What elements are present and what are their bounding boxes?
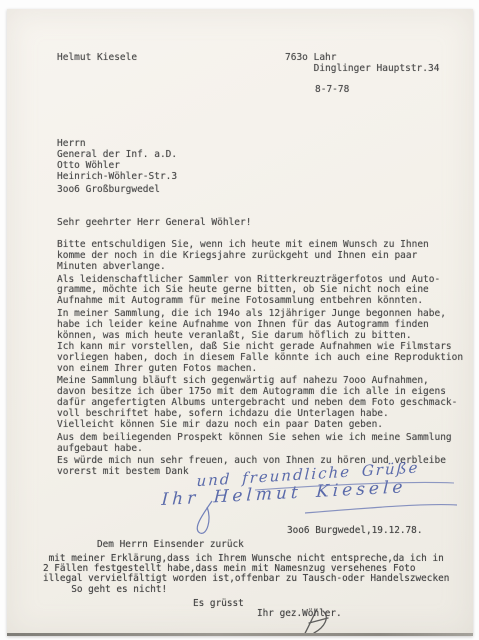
- recipient-address: Herrn General der Inf. a.D. Otto Wöhler …: [57, 139, 177, 183]
- reply-date: 3oo6 Burgwedel,19.12.78.: [287, 526, 422, 536]
- reply-body: mit meiner Erklärung,dass ich Ihrem Wuns…: [43, 554, 449, 595]
- letter-photo: { "colors": { "paper": "#f3f0e9", "typew…: [0, 0, 479, 640]
- letter-date: 8-7-78: [315, 85, 349, 96]
- letter-body: Bitte entschuldigen Sie, wenn ich heute …: [57, 240, 469, 480]
- sender-address: 763o Lahr Dinglinger Hauptstr.34: [285, 53, 439, 75]
- letter-paragraph: Bitte entschuldigen Sie, wenn ich heute …: [57, 240, 469, 273]
- sender-name: Helmut Kiesele: [57, 53, 137, 64]
- signature-underline: [305, 505, 457, 513]
- reply-signed: Ihr gez.Wöhler.: [257, 609, 342, 619]
- recipient-city: 3oo6 Großburgwedel: [57, 185, 160, 196]
- paper-bottom-edge: [7, 633, 473, 636]
- salutation: Sehr geehrter Herr General Wöhler!: [57, 218, 251, 229]
- letter-paragraph: Meine Sammlung bläuft sich gegenwärtig a…: [57, 376, 469, 431]
- letter-paragraph: In meiner Sammlung, die ich 194o als 12j…: [57, 309, 469, 374]
- reply-closing: Es grüsst: [193, 599, 244, 609]
- letter-paragraph: Aus dem beiliegenden Prospekt können Sie…: [57, 433, 469, 455]
- letter-paragraph: Als leidenschaftlicher Sammler von Ritte…: [57, 275, 469, 308]
- letter-paper: Helmut Kiesele 763o Lahr Dinglinger Haup…: [7, 9, 473, 636]
- reply-heading: Dem Herrn Einsender zurück: [97, 540, 244, 550]
